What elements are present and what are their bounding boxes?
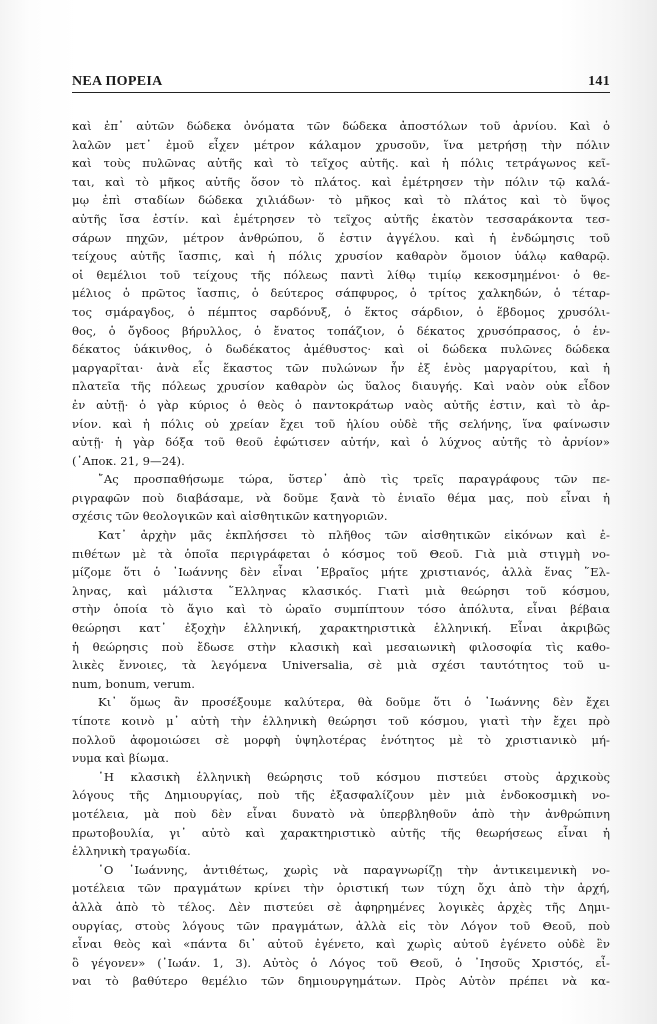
text-line: καὶ τοὺς πυλῶνας αὐτῆς καὶ τὸ τεῖχος αὐτ… bbox=[72, 154, 610, 173]
text-line: πιθέτων μὲ τὰ ὁποῖα περιγράφεται ὁ κόσμο… bbox=[72, 545, 610, 564]
text-line: δέκατος ὑάκινθος, ὁ δωδέκατος ἀμέθυστος·… bbox=[72, 340, 610, 359]
journal-title: ΝΕΑ ΠΟΡΕΙΑ bbox=[72, 74, 163, 90]
text-line: τος σμάραγδος, ὁ πέμπτος σαρδόνυξ, ὁ ἕκτ… bbox=[72, 303, 610, 322]
text-line: ὃ γέγονεν» (᾿Ιωάν. 1, 3). Αὐτὸς ὁ Λόγος … bbox=[72, 954, 610, 973]
text-line: ἀλλὰ ἀπὸ τὸ τέλος. Δὲν πιστεύει σὲ ἀφηρη… bbox=[72, 898, 610, 917]
text-line: νυμα καὶ βίωμα. bbox=[72, 749, 610, 768]
text-line: νίον. καὶ ἡ πόλις οὐ χρείαν ἔχει τοῦ ἡλί… bbox=[72, 415, 610, 434]
text-line: αὐτῇ· ἡ γὰρ δόξα τοῦ θεοῦ ἐφώτισεν αὐτήν… bbox=[72, 433, 610, 452]
text-line: τίποτε κοινὸ μ᾽ αὐτὴ τὴν ἑλληνικὴ θεώρησ… bbox=[72, 712, 610, 731]
text-line: καὶ ἐπ᾽ αὐτῶν δώδεκα ὀνόματα τῶν δώδεκα … bbox=[72, 117, 610, 136]
text-line: ριγραφῶν ποὺ διαβάσαμε, νὰ δοῦμε ξανὰ τὸ… bbox=[72, 489, 610, 508]
text-line: τείχους αὐτῆς ἴασπις, καὶ ἡ πόλις χρυσίο… bbox=[72, 247, 610, 266]
text-line: θος, ὁ ὄγδοος βήρυλλος, ὁ ἔνατος τοπάζιο… bbox=[72, 322, 610, 341]
text-line: ἐν αὐτῇ· ὁ γὰρ κύριος ὁ θεὸς ὁ παντοκράτ… bbox=[72, 396, 610, 415]
running-header: ΝΕΑ ΠΟΡΕΙΑ 141 bbox=[72, 70, 610, 93]
text-line: θεώρησι κατ᾽ ἐξοχὴν ἑλληνική, χαρακτηρισ… bbox=[72, 619, 610, 638]
paragraph-start: Κατ᾽ ἀρχὴν μᾶς ἐκπλήσσει τὸ πλῆθος τῶν α… bbox=[72, 526, 610, 545]
text-line: σάρων πηχῶν, μέτρον ἀνθρώπου, ὅ ἐστιν ἀγ… bbox=[72, 229, 610, 248]
paragraph-start: Κι᾽ ὅμως ἂν προσέξουμε καλύτερα, θὰ δοῦμ… bbox=[72, 693, 610, 712]
paragraph-start: ῾Η κλασικὴ ἑλληνικὴ θεώρησις τοῦ κόσμου … bbox=[72, 768, 610, 787]
text-line: πρωτοβουλία, γι᾽ αὐτὸ καὶ χαρακτηριστικὸ… bbox=[72, 824, 610, 843]
text-line: οἱ θεμέλιοι τοῦ τείχους τῆς πόλεως παντὶ… bbox=[72, 266, 610, 285]
paragraph-start: ῎Ας προσπαθήσωμε τώρα, ὕστερ᾽ ἀπὸ τὶς τρ… bbox=[72, 470, 610, 489]
text-line: μοτέλεια τῶν πραγμάτων κρίνει τὴν ὁριστι… bbox=[72, 879, 610, 898]
text-line: σχέσις τῶν θεολογικῶν καὶ αἰσθητικῶν κατ… bbox=[72, 507, 610, 526]
text-line: ναι τὸ βαθύτερο θεμέλιο τῶν δημιουργημάτ… bbox=[72, 972, 610, 991]
document-page: ΝΕΑ ΠΟΡΕΙΑ 141 καὶ ἐπ᾽ αὐτῶν δώδεκα ὀνόμ… bbox=[72, 70, 610, 991]
text-line: λικὲς ἔννοιες, τὰ λεγόμενα Universalia, … bbox=[72, 656, 610, 675]
paragraph-start: ῾Ο ᾿Ιωάννης, ἀντιθέτως, χωρὶς νὰ παραγνω… bbox=[72, 861, 610, 880]
text-line: μῳ ἐπὶ σταδίων δώδεκα χιλιάδων· τὸ μῆκος… bbox=[72, 191, 610, 210]
text-line: ληνας, καὶ μάλιστα ῞Ελληνας κλασικός. Γι… bbox=[72, 582, 610, 601]
text-line: πλατεῖα τῆς πόλεως χρυσίον καθαρὸν ὡς ὕα… bbox=[72, 377, 610, 396]
text-line: ἑλληνικὴ τραγωδία. bbox=[72, 842, 610, 861]
text-line: μέλιος ὁ πρῶτος ἴασπις, ὁ δεύτερος σάπφυ… bbox=[72, 284, 610, 303]
page-number: 141 bbox=[588, 74, 610, 90]
text-line: αὐτῆς ἴσα ἐστίν. καὶ ἐμέτρησεν τὸ τεῖχος… bbox=[72, 210, 610, 229]
text-line: μοτέλεια, μὰ ποὺ δὲν εἶναι δυνατὸ νὰ ὑπε… bbox=[72, 805, 610, 824]
text-line: μίζομε ὅτι ὁ ᾿Ιωάννης δὲν εἶναι ῾Εβραῖος… bbox=[72, 563, 610, 582]
text-line: num, bonum, verum. bbox=[72, 675, 610, 694]
text-line: μαργαρῖται· ἀνὰ εἷς ἕκαστος τῶν πυλώνων … bbox=[72, 359, 610, 378]
text-line: λόγους τῆς Δημιουργίας, ποὺ τῆς ἐξασφαλί… bbox=[72, 786, 610, 805]
text-line: λαλῶν μετ᾽ ἐμοῦ εἶχεν μέτρον κάλαμον χρυ… bbox=[72, 136, 610, 155]
text-line: εἶναι θεὸς καὶ «πάντα δι᾽ αὐτοῦ ἐγένετο,… bbox=[72, 935, 610, 954]
text-line: ται, καὶ τὸ μῆκος αὐτῆς ὅσον τὸ πλάτος. … bbox=[72, 173, 610, 192]
body-text: καὶ ἐπ᾽ αὐτῶν δώδεκα ὀνόματα τῶν δώδεκα … bbox=[72, 117, 610, 991]
text-line: πολλοῦ ἀφομοιώσει σὲ μορφὴ ὑψηλοτέρας ἑν… bbox=[72, 731, 610, 750]
citation-line: (᾿Αποκ. 21, 9—24). bbox=[72, 452, 610, 471]
text-line: ουργίας, στοὺς λόγους τῶν πραγμάτων, ἀλλ… bbox=[72, 917, 610, 936]
text-line: ἡ θεώρησις ποὺ ἔδωσε στὴν κλασικὴ καὶ με… bbox=[72, 638, 610, 657]
text-line: στὴν ὁποία τὸ ἅγιο καὶ τὸ ὡραῖο συμπίπτο… bbox=[72, 600, 610, 619]
